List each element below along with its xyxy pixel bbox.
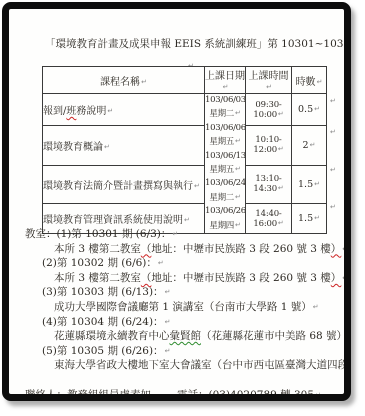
paragraph-mark-icon <box>193 181 200 192</box>
spellcheck-marked-text: （ <box>141 243 152 255</box>
row-end-mark-icon <box>329 195 336 214</box>
contact-phone: 電話：(03)4020789 轉 305 <box>177 389 314 401</box>
paragraph-mark-icon <box>341 272 348 284</box>
paragraph-mark-icon <box>277 110 284 120</box>
contact-person: 聯絡人：教務組組員盧素如 <box>25 389 151 401</box>
paragraph-mark-icon <box>171 228 178 240</box>
hours-cell: 0.5 <box>292 94 327 126</box>
course-name-cell: 環境教育法簡介暨計畫撰寫與執行 <box>43 165 205 203</box>
paragraph-mark-icon <box>314 389 321 401</box>
paragraph-mark-icon <box>234 137 241 147</box>
date-line: 103/06/03 <box>205 94 245 107</box>
date-line: 103/06/06 <box>205 122 245 135</box>
row-end-mark-icon <box>329 158 336 177</box>
date-line: 星期二 <box>205 107 245 121</box>
hours-cell: 1.5 <box>292 165 327 203</box>
note-line: 花蓮縣環境永續教育中心彙賢館（花蓮縣花蓮市中美路 68 號） <box>25 329 351 344</box>
paragraph-mark-icon <box>313 104 320 115</box>
date-line: 103/06/13 <box>205 150 245 163</box>
spellcheck-marked-text: ） <box>331 243 342 255</box>
paragraph-mark-icon <box>164 286 171 298</box>
paragraph-mark-icon <box>183 215 190 226</box>
class-dates-cell: 103/06/03星期二103/06/06星期五103/06/13星期五103/… <box>205 94 246 234</box>
classroom-notes-section: 教室：(1)第 10301 期 (6/3)：本所 3 樓第二教室（地址：中壢市民… <box>25 227 351 373</box>
spellcheck-marked-text: 班 <box>66 106 76 117</box>
paragraph-mark-icon <box>277 184 284 194</box>
scanned-document-image: 「環境教育計畫及成果申報 EEIS 系統訓練班」第 10301~10305 期課… <box>0 0 365 416</box>
table-header-row: 課程名稱 上課日期 上課時間 時數 <box>43 67 327 94</box>
row-end-mark-icon <box>329 120 336 139</box>
note-line: 教室：(1)第 10301 期 (6/3)： <box>25 227 351 242</box>
note-line: (2)第 10302 期 (6/6)： <box>25 256 351 271</box>
note-line: 本所 3 樓第二教室（地址：中壢市民族路 3 段 260 號 3 樓） <box>25 271 351 286</box>
note-line: 本所 3 樓第二教室（地址：中壢市民族路 3 段 260 號 3 樓） <box>25 242 351 257</box>
course-name-cell: 環境教育概論 <box>43 126 205 165</box>
table-row: 報到/班務說明 103/06/03星期二103/06/06星期五103/06/1… <box>43 94 327 126</box>
note-line: (3)第 10303 期 (6/13)： <box>25 285 351 300</box>
document-title: 「環境教育計畫及成果申報 EEIS 系統訓練班」第 10301~10305 期課… <box>45 36 334 51</box>
paragraph-mark-icon <box>234 109 241 119</box>
row-end-mark-icon <box>329 89 336 108</box>
class-time-cell: 13:10-14:30 <box>246 165 292 203</box>
paragraph-mark-icon <box>103 142 110 153</box>
contact-line: 聯絡人：教務組組員盧素如電話：(03)4020789 轉 305 <box>25 387 321 401</box>
table-row: 環境教育概論 10:10-12:00 2 <box>43 126 327 165</box>
class-time-cell: 10:10-12:00 <box>246 126 292 165</box>
paragraph-mark-icon <box>313 179 320 190</box>
note-line: 成功大學國際會議廳第 1 演講室（台南市大學路 1 號） <box>25 300 351 315</box>
header-hours: 時數 <box>292 67 327 94</box>
paragraph-mark-icon <box>164 345 171 357</box>
course-name-cell: 報到/班務說明 <box>43 94 205 126</box>
table-row: 環境教育法簡介暨計畫撰寫與執行 13:10-14:30 1.5 <box>43 165 327 203</box>
class-time-cell: 09:30-10:00 <box>246 94 292 126</box>
spellcheck-marked-text: ） <box>331 272 342 284</box>
header-course-name: 課程名稱 <box>43 67 205 94</box>
paragraph-mark-icon <box>164 316 171 328</box>
paragraph-mark-icon <box>316 77 323 88</box>
paragraph-mark-icon <box>234 165 241 175</box>
paragraph-mark-icon <box>277 145 284 155</box>
date-line: 星期二 <box>205 191 245 205</box>
header-class-date: 上課日期 <box>205 67 246 94</box>
paragraph-mark-icon <box>312 301 319 313</box>
spellcheck-marked-text: （ <box>141 272 152 284</box>
note-line: (5)第 10305 期 (6/26)： <box>25 344 351 359</box>
header-class-time: 上課時間 <box>246 67 292 94</box>
title-text: 「環境教育計畫及成果申報 EEIS 系統訓練班」第 10301~10305 期課… <box>45 38 351 50</box>
paragraph-mark-icon <box>341 243 348 255</box>
date-line: 星期五 <box>205 163 245 177</box>
spellcheck-marked-text: 組組 <box>88 389 109 401</box>
date-line: 103/06/24 <box>205 177 245 190</box>
hours-cell: 2 <box>292 126 327 165</box>
paragraph-mark-icon <box>313 213 320 224</box>
paragraph-mark-icon <box>157 257 164 269</box>
date-line: 103/06/26 <box>205 205 245 218</box>
paragraph-mark-icon <box>140 77 147 88</box>
paragraph-mark-icon <box>265 82 272 93</box>
paragraph-mark-icon <box>234 193 241 203</box>
paragraph-mark-icon <box>347 330 351 342</box>
date-line: 星期五 <box>205 135 245 149</box>
course-schedule-table: 課程名稱 上課日期 上課時間 時數 報到/班務說明 103/06/03星期二10… <box>42 66 327 234</box>
note-line: 東海大學省政大樓地下室大會議室（台中市西屯區臺灣大道四段 1727 號） <box>25 358 351 373</box>
paragraph-mark-icon <box>309 140 316 151</box>
note-line: (4)第 10304 期 (6/24)： <box>25 315 351 330</box>
spellcheck-marked-text: 彙賢館 <box>170 330 202 342</box>
paragraph-mark-icon <box>222 82 229 93</box>
paragraph-mark-icon <box>106 106 113 117</box>
document-frame: 「環境教育計畫及成果申報 EEIS 系統訓練班」第 10301~10305 期課… <box>2 2 351 401</box>
